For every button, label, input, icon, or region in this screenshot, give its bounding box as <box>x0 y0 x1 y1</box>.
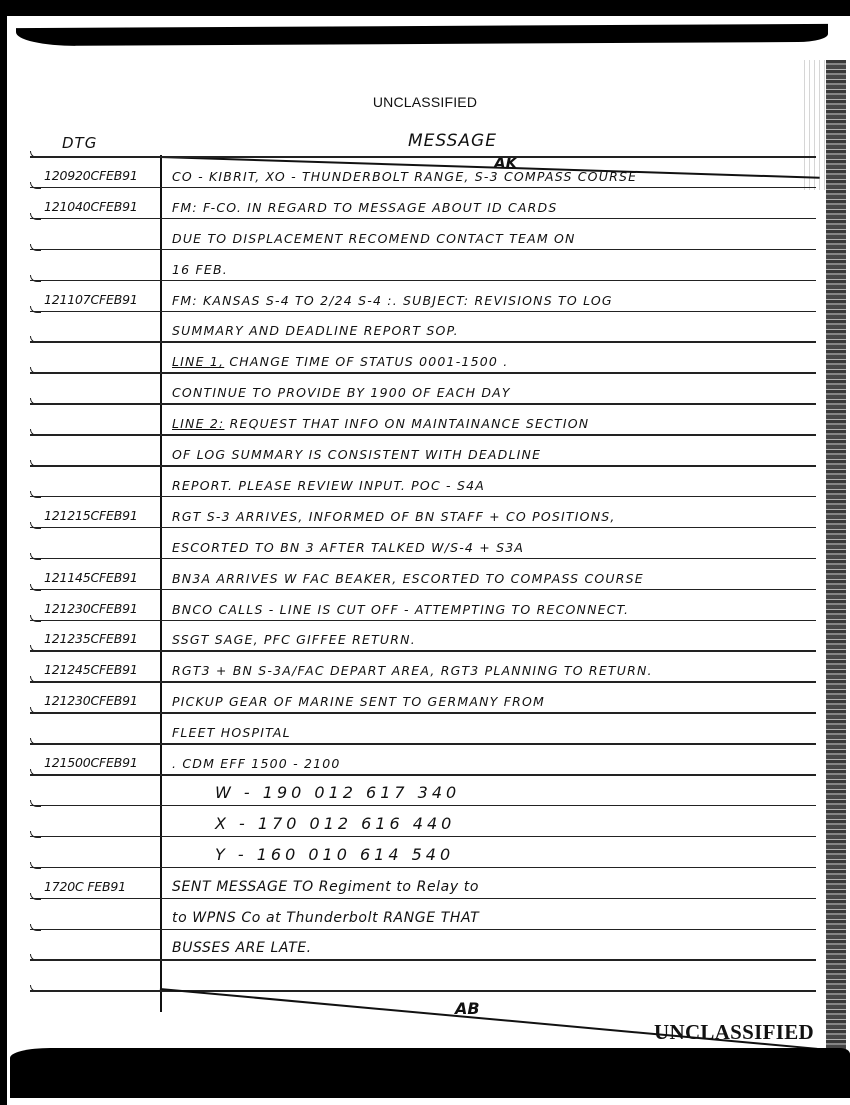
log-message: BN3A ARRIVES W FAC BEAKER, ESCORTED TO C… <box>172 571 644 586</box>
log-message: BUSSES ARE LATE. <box>172 940 312 956</box>
log-message: X - 170 012 616 440 <box>215 814 455 833</box>
log-row: REPORT. PLEASE REVIEW INPUT. POC - S4A <box>30 464 816 496</box>
log-message: SSGT SAGE, PFC GIFFEE RETURN. <box>172 632 416 647</box>
log-row: SUMMARY AND DEADLINE REPORT SOP. <box>30 309 816 341</box>
scan-left-border <box>0 0 7 1105</box>
log-message-text: CHANGE TIME OF STATUS 0001-1500 . <box>224 354 508 369</box>
log-row: 121107CFEB91FM: KANSAS S-4 TO 2/24 S-4 :… <box>30 279 816 311</box>
log-row: 1720C FEB91SENT MESSAGE TO Regiment to R… <box>30 866 816 898</box>
log-message: PICKUP GEAR OF MARINE SENT TO GERMANY FR… <box>172 694 545 709</box>
log-dtg: 121245CFEB91 <box>44 662 138 677</box>
log-dtg: 121230CFEB91 <box>44 601 138 616</box>
log-row: 121145CFEB91BN3A ARRIVES W FAC BEAKER, E… <box>30 557 816 589</box>
log-row: 121235CFEB91SSGT SAGE, PFC GIFFEE RETURN… <box>30 618 816 650</box>
log-row: W - 190 012 617 340 <box>30 773 816 805</box>
log-row: ESCORTED TO BN 3 AFTER TALKED W/S-4 + S3… <box>30 526 816 558</box>
log-message: BNCO CALLS - LINE IS CUT OFF - ATTEMPTIN… <box>172 602 629 617</box>
log-message: RGT3 + BN S-3A/FAC DEPART AREA, RGT3 PLA… <box>172 663 653 678</box>
log-row: DUE TO DISPLACEMENT RECOMEND CONTACT TEA… <box>30 217 816 249</box>
log-row <box>30 958 816 990</box>
scan-top-border <box>0 0 850 16</box>
log-message: LINE 2: REQUEST THAT INFO ON MAINTAINANC… <box>172 416 589 431</box>
log-row: to WPNS Co at Thunderbolt RANGE THAT <box>30 897 816 929</box>
log-message: to WPNS Co at Thunderbolt RANGE THAT <box>172 910 479 926</box>
log-message: SUMMARY AND DEADLINE REPORT SOP. <box>172 323 459 338</box>
log-row: 121230CFEB91PICKUP GEAR OF MARINE SENT T… <box>30 680 816 712</box>
log-dtg: 1720C FEB91 <box>44 879 126 894</box>
log-dtg: 121145CFEB91 <box>44 570 138 585</box>
log-message: LINE 1, CHANGE TIME OF STATUS 0001-1500 … <box>172 354 508 369</box>
log-dtg: 121215CFEB91 <box>44 508 138 523</box>
log-message: FLEET HOSPITAL <box>172 725 291 740</box>
message-column-header: MESSAGE <box>408 131 497 151</box>
log-row: 121040CFEB91FM: F-CO. IN REGARD TO MESSA… <box>30 186 816 218</box>
scan-top-smear <box>16 24 828 46</box>
log-message: 16 FEB. <box>172 262 228 277</box>
log-row: 16 FEB. <box>30 248 816 280</box>
log-message: OF LOG SUMMARY IS CONSISTENT WITH DEADLI… <box>172 447 541 462</box>
log-row: LINE 1, CHANGE TIME OF STATUS 0001-1500 … <box>30 340 816 372</box>
log-message: CONTINUE TO PROVIDE BY 1900 OF EACH DAY <box>172 385 511 400</box>
log-message: SENT MESSAGE TO Regiment to Relay to <box>172 879 479 895</box>
initials-bottom: AB <box>455 999 480 1018</box>
log-message: Y - 160 010 614 540 <box>215 845 454 864</box>
log-dtg: 120920CFEB91 <box>44 168 138 183</box>
ruled-line <box>30 990 816 992</box>
log-message: W - 190 012 617 340 <box>215 783 460 802</box>
log-message: REPORT. PLEASE REVIEW INPUT. POC - S4A <box>172 478 485 493</box>
scan-right-edge <box>826 60 846 1050</box>
log-row: FLEET HOSPITAL <box>30 711 816 743</box>
log-dtg: 121500CFEB91 <box>44 755 138 770</box>
log-message: DUE TO DISPLACEMENT RECOMEND CONTACT TEA… <box>172 231 576 246</box>
scan-bottom-border <box>10 1048 850 1098</box>
log-row: CONTINUE TO PROVIDE BY 1900 OF EACH DAY <box>30 371 816 403</box>
log-row: BUSSES ARE LATE. <box>30 927 816 959</box>
log-row: 120920CFEB91CO - KIBRIT, XO - THUNDERBOL… <box>30 155 816 187</box>
log-message: RGT S-3 ARRIVES, INFORMED OF BN STAFF + … <box>172 509 616 524</box>
scanned-log-page: UNCLASSIFIED DTG MESSAGE AK 120920CFEB91… <box>0 0 850 1105</box>
log-row: 121245CFEB91RGT3 + BN S-3A/FAC DEPART AR… <box>30 649 816 681</box>
log-dtg: 121235CFEB91 <box>44 631 138 646</box>
log-row: Y - 160 010 614 540 <box>30 835 816 867</box>
log-row: 121230CFEB91BNCO CALLS - LINE IS CUT OFF… <box>30 588 816 620</box>
classification-top: UNCLASSIFIED <box>0 94 850 110</box>
log-dtg: 121107CFEB91 <box>44 292 138 307</box>
log-row: OF LOG SUMMARY IS CONSISTENT WITH DEADLI… <box>30 433 816 465</box>
log-message-lead: LINE 1, <box>172 354 224 369</box>
log-row: 121500CFEB91. CDM EFF 1500 - 2100 <box>30 742 816 774</box>
log-message: FM: KANSAS S-4 TO 2/24 S-4 :. SUBJECT: R… <box>172 293 613 308</box>
log-row: 121215CFEB91RGT S-3 ARRIVES, INFORMED OF… <box>30 495 816 527</box>
log-message-text: REQUEST THAT INFO ON MAINTAINANCE SECTIO… <box>224 416 589 431</box>
log-message: CO - KIBRIT, XO - THUNDERBOLT RANGE, S-3… <box>172 169 637 184</box>
log-row: LINE 2: REQUEST THAT INFO ON MAINTAINANC… <box>30 402 816 434</box>
log-message: FM: F-CO. IN REGARD TO MESSAGE ABOUT ID … <box>172 200 558 215</box>
log-dtg: 121040CFEB91 <box>44 199 138 214</box>
log-message-lead: LINE 2: <box>172 416 224 431</box>
log-dtg: 121230CFEB91 <box>44 693 138 708</box>
dtg-column-header: DTG <box>62 134 97 152</box>
log-message: . CDM EFF 1500 - 2100 <box>172 756 341 771</box>
classification-bottom: UNCLASSIFIED <box>654 1020 814 1045</box>
log-row: X - 170 012 616 440 <box>30 804 816 836</box>
log-message: ESCORTED TO BN 3 AFTER TALKED W/S-4 + S3… <box>172 540 524 555</box>
